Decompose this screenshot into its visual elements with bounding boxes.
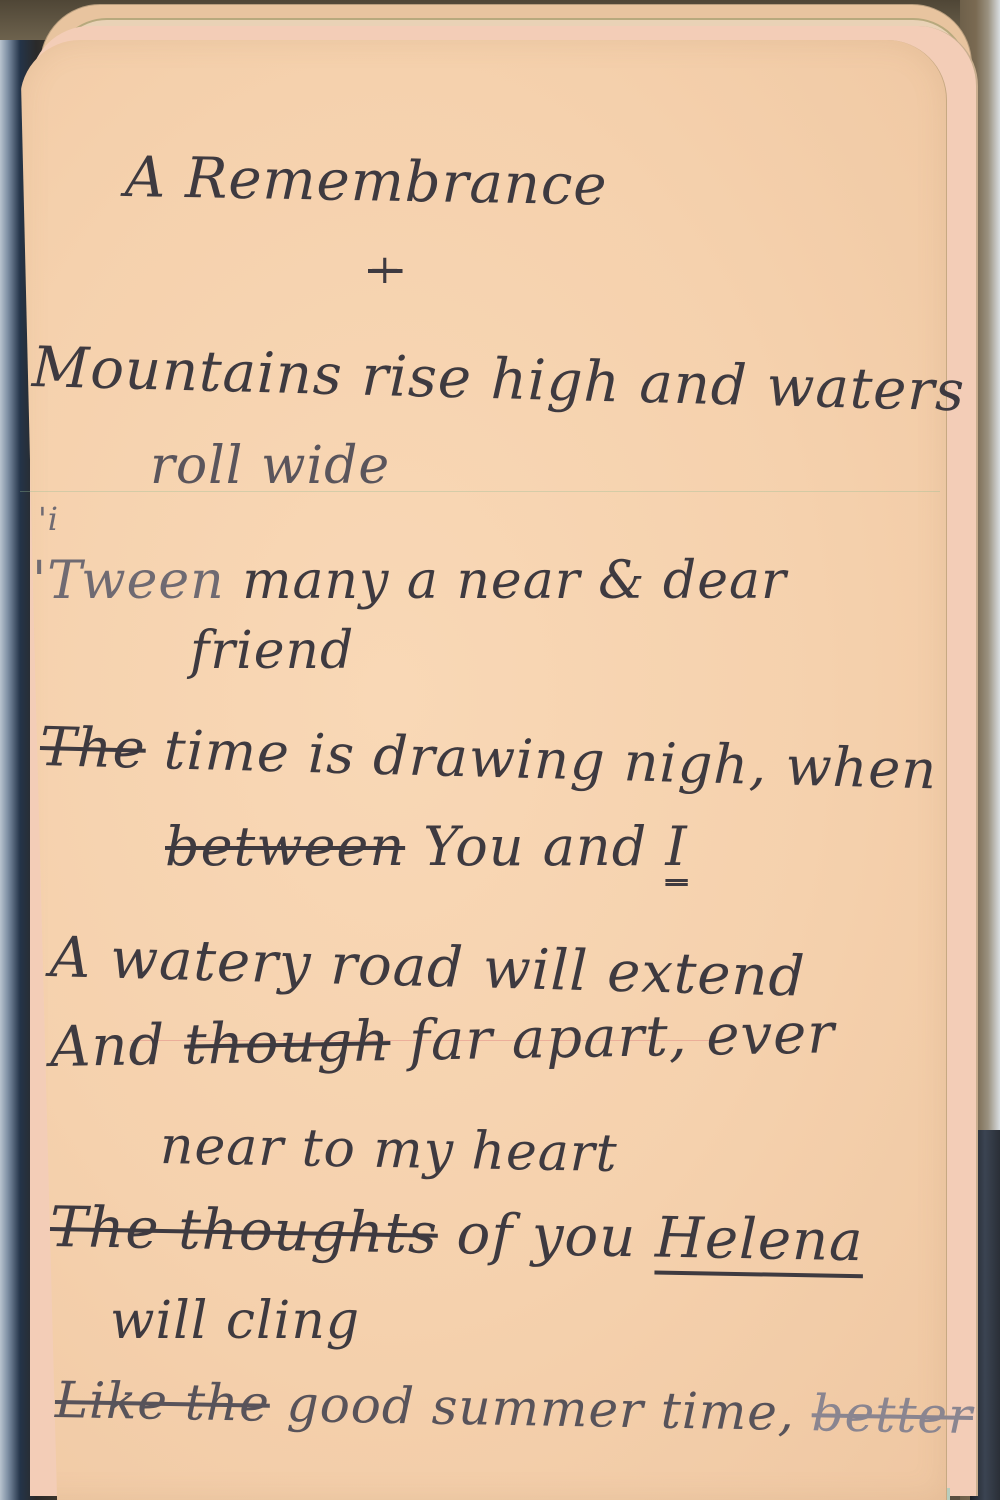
scanned-album-page: A Remembrance + Mountains rise high and … — [0, 0, 1000, 1500]
poem-line-11: will cling — [110, 1295, 360, 1347]
poem-line-4: friend — [190, 625, 354, 677]
poem-line-10: The thoughts of you Helena — [50, 1200, 864, 1270]
poem-line-6: between You and I — [165, 820, 688, 874]
poem-line-8: And though far apart, ever — [50, 1006, 836, 1076]
poem-line-9: near to my heart — [160, 1120, 618, 1180]
handwritten-poem: A Remembrance + Mountains rise high and … — [0, 0, 1000, 1500]
poem-line-7: A watery road will extend — [49, 930, 806, 1006]
poem-line-5: The time is drawing nigh, when — [39, 720, 938, 797]
poem-title: A Remembrance — [125, 150, 608, 214]
poem-line-3: 'Tween many a near & dear — [32, 555, 787, 607]
poem-line-2: roll wide — [150, 440, 390, 492]
title-divider: + — [368, 250, 403, 290]
margin-note: 'i — [38, 500, 59, 538]
poem-line-1: Mountains rise high and waters — [31, 340, 965, 420]
poem-line-12: Like the good summer time, better — [55, 1375, 974, 1441]
